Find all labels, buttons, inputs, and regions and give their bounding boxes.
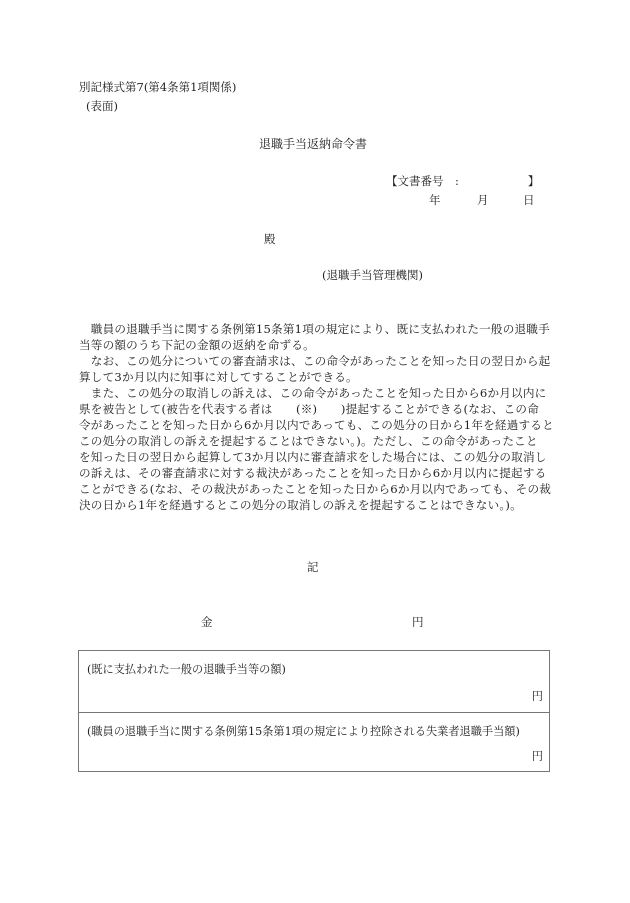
body-line: を知った日の翌日から起算して3か月以内に審査請求をした場合には、この処分の取消し bbox=[79, 450, 547, 464]
body-line: 決の日から1年を経過するとこの処分の取消しの訴えを提起することはできない。)。 bbox=[79, 498, 522, 512]
amount-unit: 円 bbox=[412, 615, 424, 629]
date-day: 日 bbox=[523, 193, 535, 207]
form-reference: 別記様式第7(第4条第1項関係) bbox=[79, 80, 236, 94]
date-month: 月 bbox=[477, 193, 489, 207]
document-number-field: 【文書番号 : 】 bbox=[386, 174, 539, 188]
side-label: (表面) bbox=[86, 99, 118, 113]
body-line: 職員の退職手当に関する条例第15条第1項の規定により、既に支払われた一般の退職手 bbox=[79, 322, 550, 336]
row-label: (既に支払われた一般の退職手当等の額) bbox=[87, 661, 286, 677]
body-line: 令があったことを知った日から6か月以内であっても、この処分の日から1年を経過する… bbox=[79, 418, 554, 432]
amount-label: 金 bbox=[201, 615, 213, 629]
date-year: 年 bbox=[429, 193, 441, 207]
body-line: 当等の額のうち下記の金額の返納を命ずる。 bbox=[79, 338, 315, 352]
table-row: (職員の退職手当に関する条例第15条第1項の規定により控除される失業者退職手当額… bbox=[79, 713, 549, 772]
row-unit: 円 bbox=[532, 748, 543, 764]
body-line: 県を被告として(被告を代表する者は (※) )提起することができる(なお、この命 bbox=[79, 402, 539, 416]
body-line: の訴えは、その審査請求に対する裁決があったことを知った日から6か月以内に提起する bbox=[79, 466, 546, 480]
body-line: また、この処分の取消しの訴えは、この命令があったことを知った日から6か月以内に bbox=[79, 386, 546, 400]
row-label: (職員の退職手当に関する条例第15条第1項の規定により控除される失業者退職手当額… bbox=[87, 723, 520, 739]
notes-heading: 記 bbox=[307, 560, 319, 574]
amount-breakdown-table: (既に支払われた一般の退職手当等の額) 円 (職員の退職手当に関する条例第15条… bbox=[78, 650, 550, 772]
body-line: ことができる(なお、その裁決があったことを知った日から6か月以内であっても、その… bbox=[79, 482, 551, 496]
document-title: 退職手当返納命令書 bbox=[259, 137, 367, 151]
row-unit: 円 bbox=[532, 688, 543, 704]
issuer-label: (退職手当管理機関) bbox=[322, 268, 423, 282]
addressee-suffix: 殿 bbox=[264, 232, 276, 246]
body-line: 算して3か月以内に知事に対してすることができる。 bbox=[79, 370, 358, 384]
body-line: この処分の取消しの訴えを提起することはできない。)。ただし、この命令があったこと bbox=[79, 434, 538, 448]
table-row: (既に支払われた一般の退職手当等の額) 円 bbox=[79, 651, 549, 713]
body-line: なお、この処分についての審査請求は、この命令があったことを知った日の翌日から起 bbox=[79, 354, 550, 368]
